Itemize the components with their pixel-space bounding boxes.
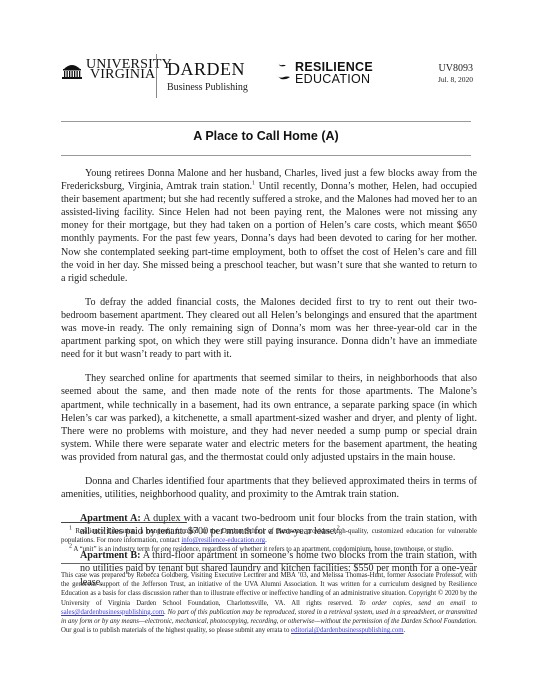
paragraph-4: Donna and Charles identified four apartm… bbox=[61, 475, 477, 501]
sales-email-link[interactable]: sales@dardenbusinesspublishing.com bbox=[61, 609, 164, 616]
birds-icon bbox=[275, 61, 293, 85]
paragraph-2: To defray the added financial costs, the… bbox=[61, 296, 477, 361]
document-title: A Place to Call Home (A) bbox=[61, 129, 471, 143]
copyright-rule bbox=[61, 563, 473, 564]
resilience-line2: EDUCATION bbox=[295, 73, 373, 85]
editorial-email-link[interactable]: editorial@dardenbusinesspublishing.com bbox=[291, 627, 404, 634]
footnote-rule bbox=[61, 522, 187, 523]
case-date: Jul. 8, 2020 bbox=[438, 75, 473, 84]
document-header: UNIVERSITY VIRGINIA DARDEN Business Publ… bbox=[0, 0, 533, 110]
footnotes: 1 Resilience Education, a nonprofit foun… bbox=[61, 527, 477, 554]
copyright-notice: This case was prepared by Rebecca Goldbe… bbox=[61, 571, 477, 635]
case-number: UV8093 bbox=[438, 63, 473, 74]
paragraph-3: They searched online for apartments that… bbox=[61, 372, 477, 464]
uva-line2: VIRGINIA bbox=[90, 67, 155, 82]
logo-divider bbox=[156, 54, 157, 98]
darden-title: DARDEN bbox=[167, 60, 248, 78]
rotunda-icon bbox=[61, 61, 83, 79]
footnote-2: 2 A “unit” is an industry term for one r… bbox=[61, 545, 477, 554]
darden-subtitle: Business Publishing bbox=[167, 82, 248, 93]
title-rule-bottom bbox=[61, 155, 471, 156]
darden-logo: DARDEN Business Publishing bbox=[167, 60, 248, 93]
case-identifier: UV8093 Jul. 8, 2020 bbox=[438, 63, 473, 84]
paragraph-1: Young retirees Donna Malone and her husb… bbox=[61, 167, 477, 285]
footnote-1: 1 Resilience Education, a nonprofit foun… bbox=[61, 527, 477, 545]
title-rule-top bbox=[61, 121, 471, 122]
resilience-logo: RESILIENCE EDUCATION bbox=[275, 61, 373, 85]
info-email-link[interactable]: info@resilience-education.org bbox=[181, 537, 265, 544]
